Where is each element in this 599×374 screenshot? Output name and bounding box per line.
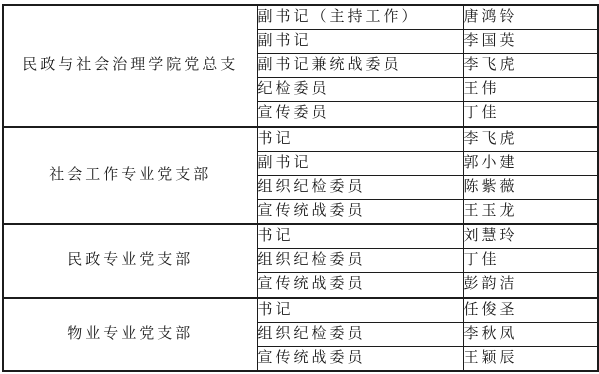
person-name-cell: 丁佳	[463, 249, 598, 273]
position-cell: 书记	[257, 298, 463, 323]
person-name-cell: 王玉龙	[463, 199, 598, 224]
person-name-cell: 李飞虎	[463, 127, 598, 152]
position-cell: 副书记	[257, 151, 463, 175]
position-cell: 组织纪检委员	[257, 322, 463, 346]
person-name-cell: 彭韵洁	[463, 273, 598, 298]
person-name-cell: 王伟	[463, 78, 598, 102]
position-cell: 纪检委员	[257, 78, 463, 102]
position-cell: 副书记兼统战委员	[257, 54, 463, 78]
person-name-cell: 丁佳	[463, 102, 598, 127]
person-name-cell: 郭小建	[463, 151, 598, 175]
table-row: 社会工作专业党支部书记李飞虎	[3, 127, 598, 152]
party-branch-roster-table: 民政与社会治理学院党总支副书记（主持工作）唐鸿铃副书记李国英副书记兼统战委员李飞…	[2, 4, 599, 372]
organization-cell: 社会工作专业党支部	[3, 127, 257, 225]
table-body: 民政与社会治理学院党总支副书记（主持工作）唐鸿铃副书记李国英副书记兼统战委员李飞…	[3, 5, 598, 371]
person-name-cell: 任俊圣	[463, 298, 598, 323]
position-cell: 书记	[257, 127, 463, 152]
position-cell: 宣传统战委员	[257, 346, 463, 371]
organization-cell: 民政与社会治理学院党总支	[3, 5, 257, 127]
table-row: 民政与社会治理学院党总支副书记（主持工作）唐鸿铃	[3, 5, 598, 30]
position-cell: 组织纪检委员	[257, 249, 463, 273]
position-cell: 组织纪检委员	[257, 175, 463, 199]
person-name-cell: 李飞虎	[463, 54, 598, 78]
position-cell: 宣传统战委员	[257, 199, 463, 224]
document-page: 民政与社会治理学院党总支副书记（主持工作）唐鸿铃副书记李国英副书记兼统战委员李飞…	[0, 0, 599, 374]
organization-cell: 物业专业党支部	[3, 298, 257, 372]
table-row: 物业专业党支部书记任俊圣	[3, 298, 598, 323]
person-name-cell: 刘慧玲	[463, 224, 598, 249]
position-cell: 副书记（主持工作）	[257, 5, 463, 30]
person-name-cell: 李秋凤	[463, 322, 598, 346]
position-cell: 宣传统战委员	[257, 273, 463, 298]
person-name-cell: 唐鸿铃	[463, 5, 598, 30]
organization-cell: 民政专业党支部	[3, 224, 257, 298]
position-cell: 副书记	[257, 30, 463, 54]
person-name-cell: 王颖辰	[463, 346, 598, 371]
position-cell: 书记	[257, 224, 463, 249]
position-cell: 宣传委员	[257, 102, 463, 127]
table-row: 民政专业党支部书记刘慧玲	[3, 224, 598, 249]
person-name-cell: 陈紫薇	[463, 175, 598, 199]
person-name-cell: 李国英	[463, 30, 598, 54]
